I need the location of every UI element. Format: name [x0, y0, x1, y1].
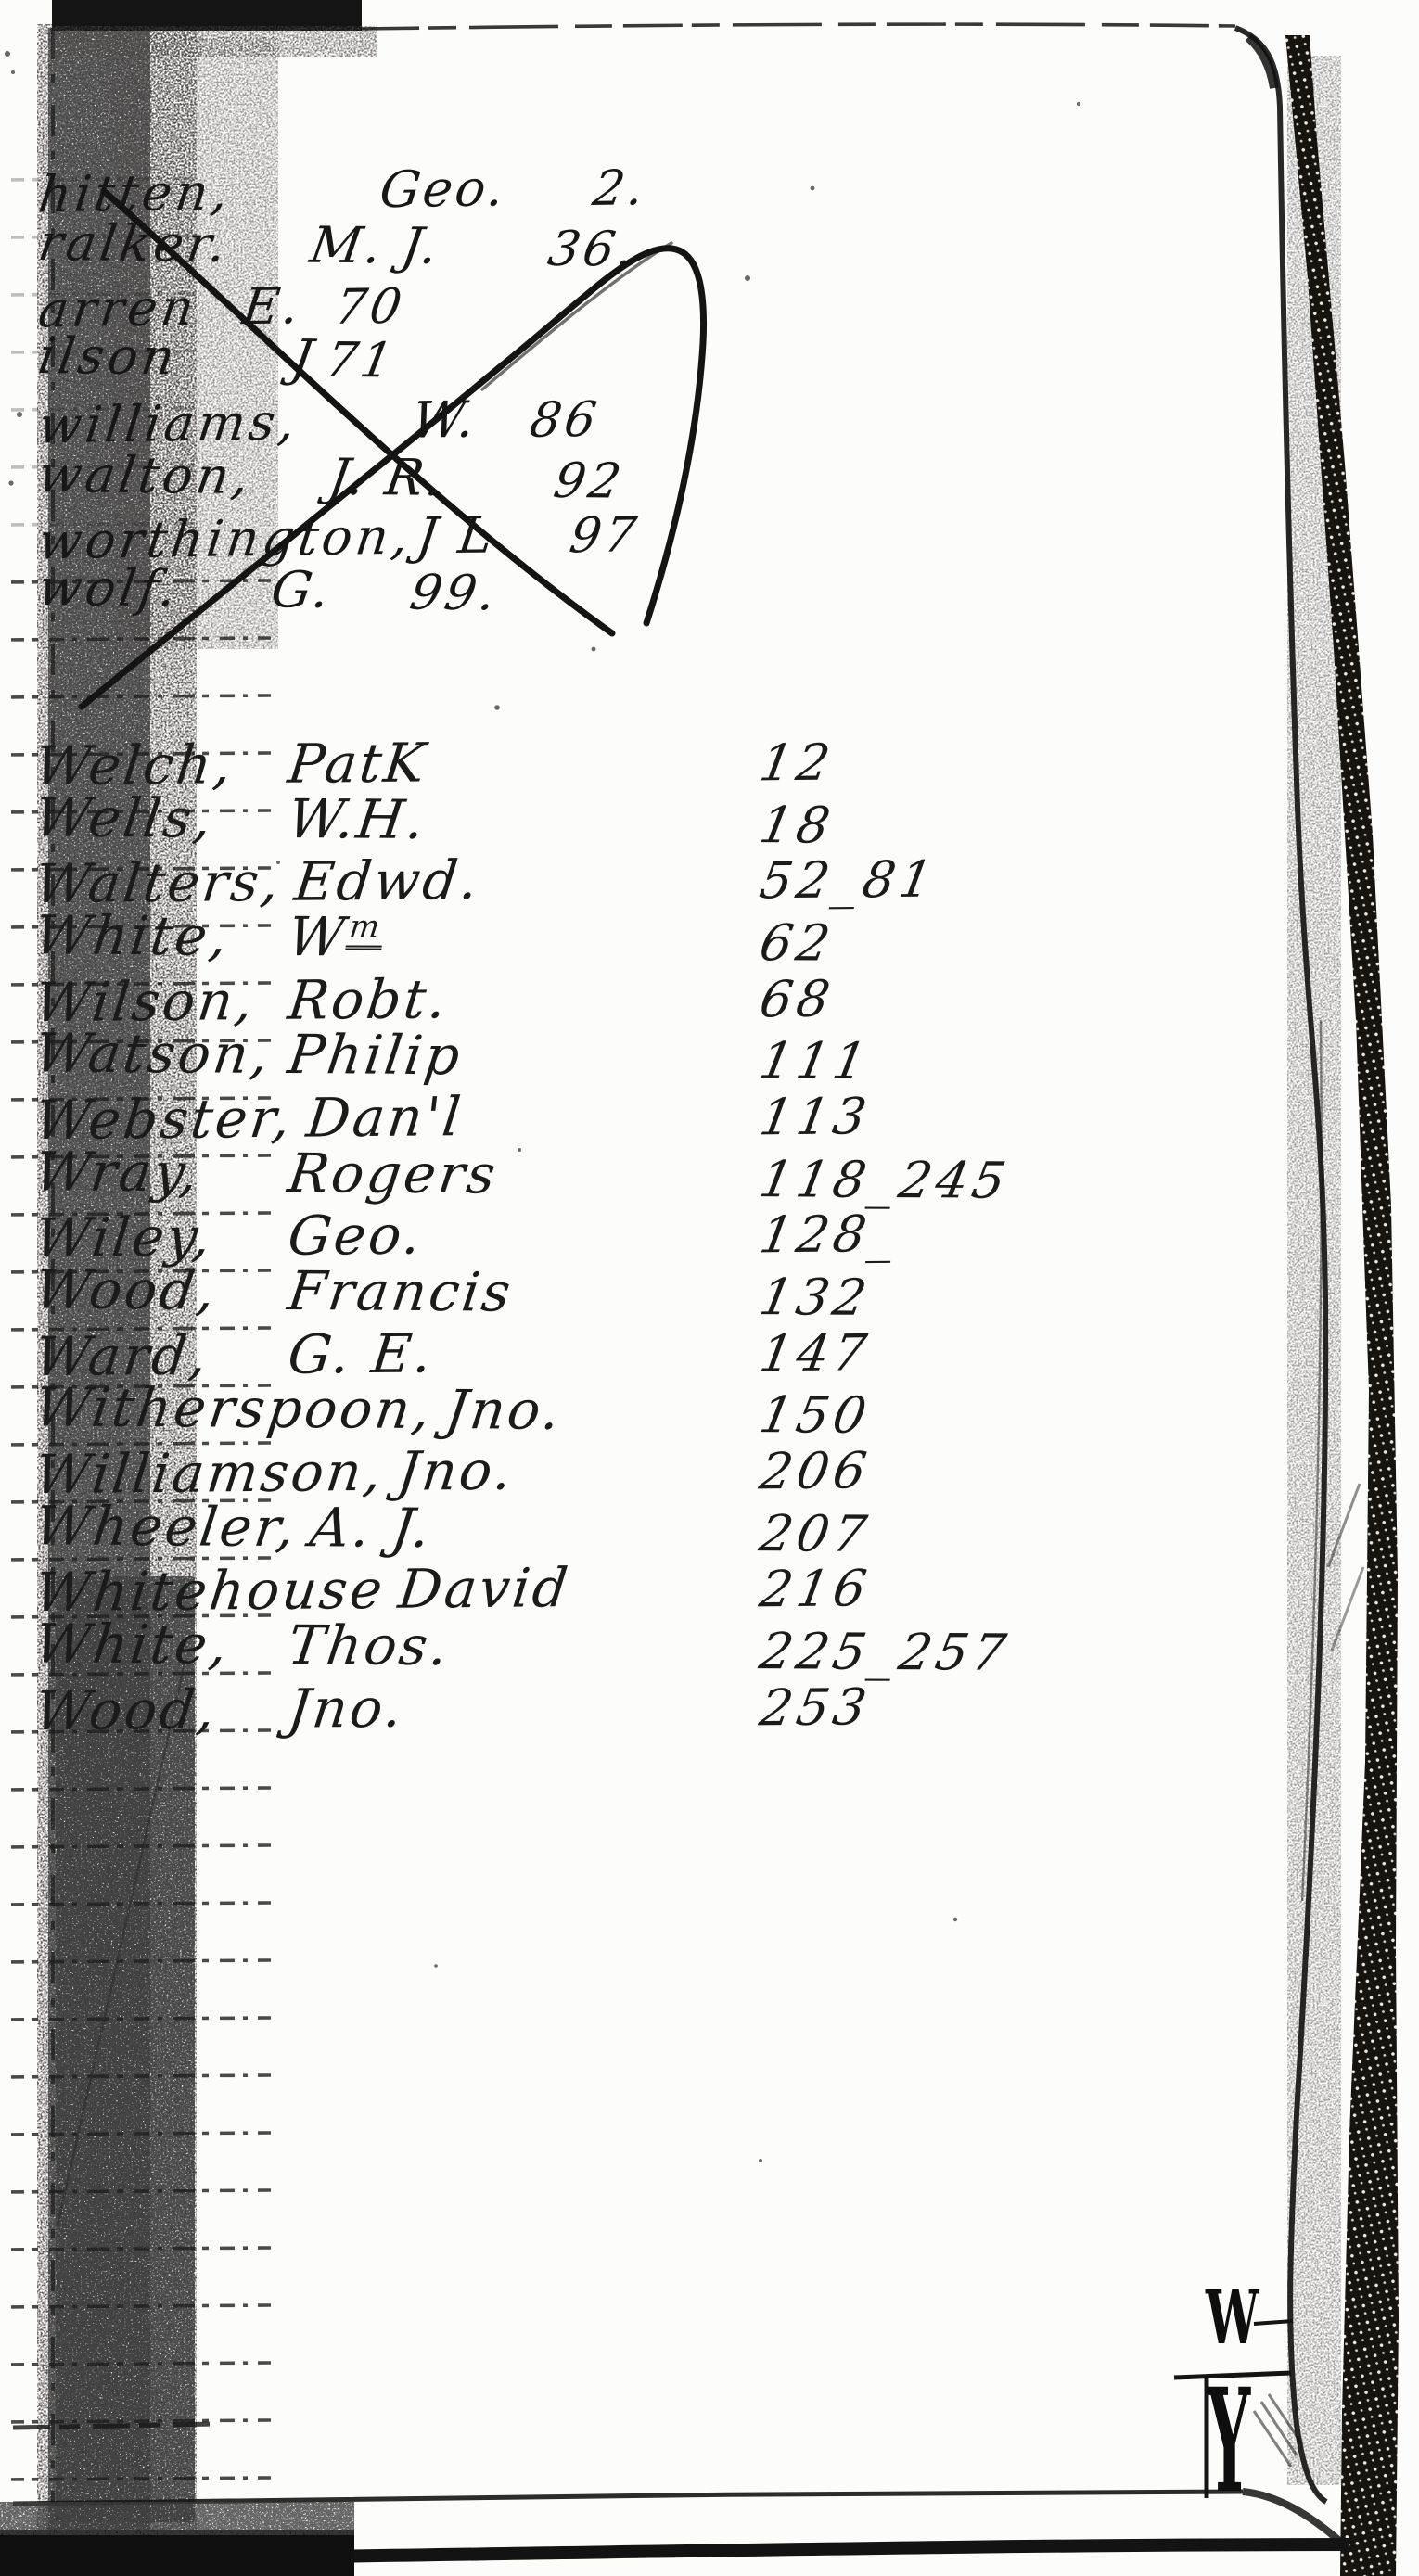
entry-page-number: 2.: [588, 155, 652, 223]
entry-given-name: Jno.: [285, 1672, 409, 1745]
entry-surname: White,: [31, 899, 279, 973]
entry-surname: Wood,: [31, 1253, 279, 1327]
entry-surname: Wheeler,: [31, 1489, 301, 1563]
entry-surname: Wray,: [31, 1135, 279, 1209]
entry-given-name: J: [288, 325, 320, 392]
entry-given-name: M. J.: [306, 212, 445, 280]
entry-page-number: 253: [754, 1671, 876, 1744]
entry-surname: Watson,: [31, 1016, 279, 1090]
letter-tab-y: Y: [1208, 2370, 1250, 2513]
entry-surname: walton,: [34, 441, 258, 510]
entry-given-name: J. R.: [325, 444, 450, 512]
superscript-m: m: [345, 908, 387, 950]
entry-given-name: G.: [267, 556, 337, 623]
entry-surname: ralker.: [34, 210, 235, 278]
entry-surname: Wood,: [32, 1673, 279, 1747]
entry-surname: White,: [31, 1607, 279, 1681]
scanned-ledger-page: hitten, Geo. 2. ralker. M. J. 36. arren …: [0, 0, 1419, 2576]
entry-surname: Wells,: [31, 781, 279, 855]
entry-given-name: Wm: [284, 900, 388, 974]
entry-surname: Witherspoon,: [31, 1371, 437, 1446]
entry-page-number: 99.: [404, 560, 505, 628]
entry-page-number: 71: [320, 327, 401, 395]
letter-tab-w: W: [1206, 2274, 1259, 2361]
index-entry-row: Wood, Jno. 253: [35, 1665, 1131, 1753]
page-bottom-edge: [0, 2492, 1349, 2576]
entry-surname: wolf.: [34, 555, 185, 622]
entry-surname: ilson: [34, 323, 183, 390]
crossed-entry-row: wolf. G. 99.: [39, 555, 875, 634]
page-top-edge: [52, 0, 1235, 57]
entry-page-number: 86: [525, 387, 605, 454]
